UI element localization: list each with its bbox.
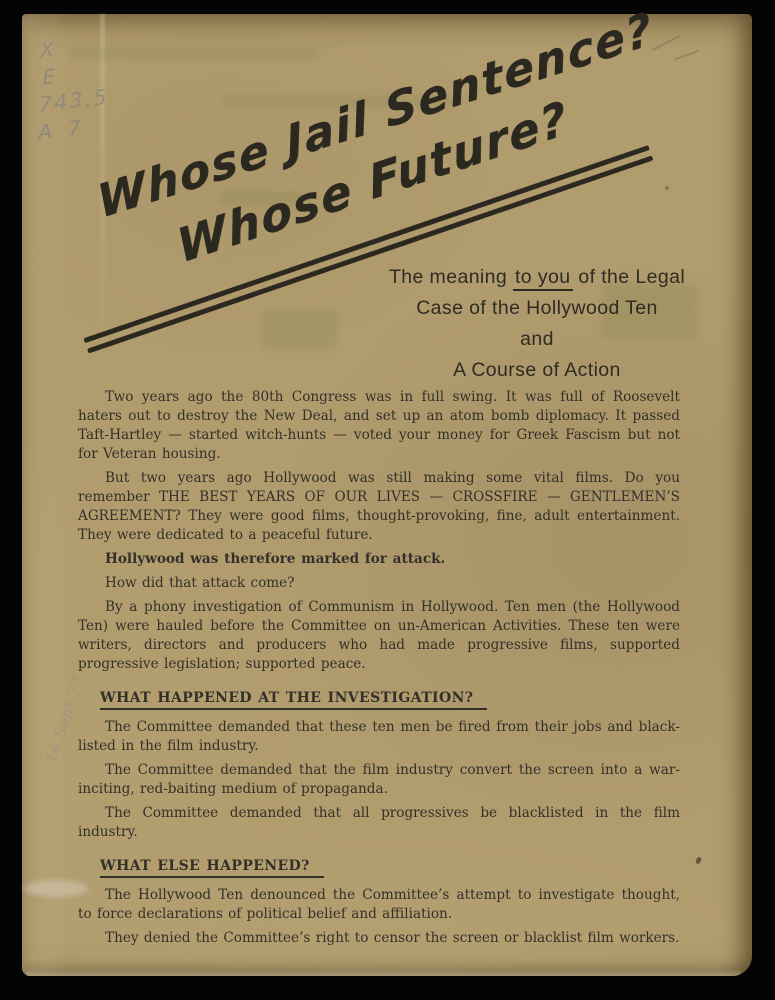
ink-speck bbox=[665, 186, 669, 190]
body-paragraph-phony-investigation: By a phony investigation of Communism in… bbox=[78, 598, 680, 674]
section-heading-what-else: WHAT ELSE HAPPENED? bbox=[78, 857, 680, 876]
body-paragraph-attack-question: How did that attack come? bbox=[78, 574, 680, 593]
body-paragraph-all-progressives: The Committee demanded that all progress… bbox=[78, 804, 680, 842]
body-paragraph-congress: Two years ago the 80th Congress was in f… bbox=[78, 388, 680, 464]
section-heading-investigation: WHAT HAPPENED AT THE INVESTIGATION? bbox=[78, 689, 680, 708]
section-heading-text: WHAT ELSE HAPPENED? bbox=[100, 858, 324, 878]
page-edge-light bbox=[22, 14, 68, 976]
ink-speck bbox=[695, 856, 702, 864]
subtitle-line-2: Case of the Hollywood Ten bbox=[378, 293, 696, 324]
body-paragraph-marked-attack: Hollywood was therefore marked for attac… bbox=[78, 550, 680, 569]
body-paragraph-denied-right: They denied the Committee’s right to cen… bbox=[78, 929, 680, 948]
showthrough-text-band bbox=[70, 48, 320, 59]
subtitle-line-1: The meaning to you of the Legal bbox=[378, 262, 696, 293]
subtitle-line-3: and bbox=[378, 324, 696, 355]
showthrough-text-band bbox=[262, 309, 337, 349]
body-paragraph-war-inciting: The Committee demanded that the film ind… bbox=[78, 761, 680, 799]
scan-background: { "page": { "call_number": ["X", "E", "7… bbox=[0, 0, 775, 1000]
pencil-mark bbox=[674, 50, 699, 61]
body-text-column: Two years ago the 80th Congress was in f… bbox=[78, 388, 680, 953]
subtitle-text: of the Legal bbox=[573, 266, 686, 288]
body-paragraph-denounced: The Hollywood Ten denounced the Committe… bbox=[78, 886, 680, 924]
pamphlet-page: X E 743.5 A 7 16 Sept 77 Whose Jail Sent… bbox=[22, 14, 752, 976]
subtitle-block: The meaning to you of the Legal Case of … bbox=[378, 262, 696, 386]
body-paragraph-vital-films: But two years ago Hollywood was still ma… bbox=[78, 469, 680, 545]
section-heading-text: WHAT HAPPENED AT THE INVESTIGATION? bbox=[100, 690, 487, 710]
subtitle-line-4: A Course of Action bbox=[378, 355, 696, 386]
library-call-number: X E 743.5 A 7 bbox=[33, 30, 110, 147]
subtitle-text: The meaning bbox=[389, 266, 513, 288]
body-paragraph-fired-blacklisted: The Committee demanded that these ten me… bbox=[78, 718, 680, 756]
underlined-phrase: to you bbox=[513, 266, 573, 291]
